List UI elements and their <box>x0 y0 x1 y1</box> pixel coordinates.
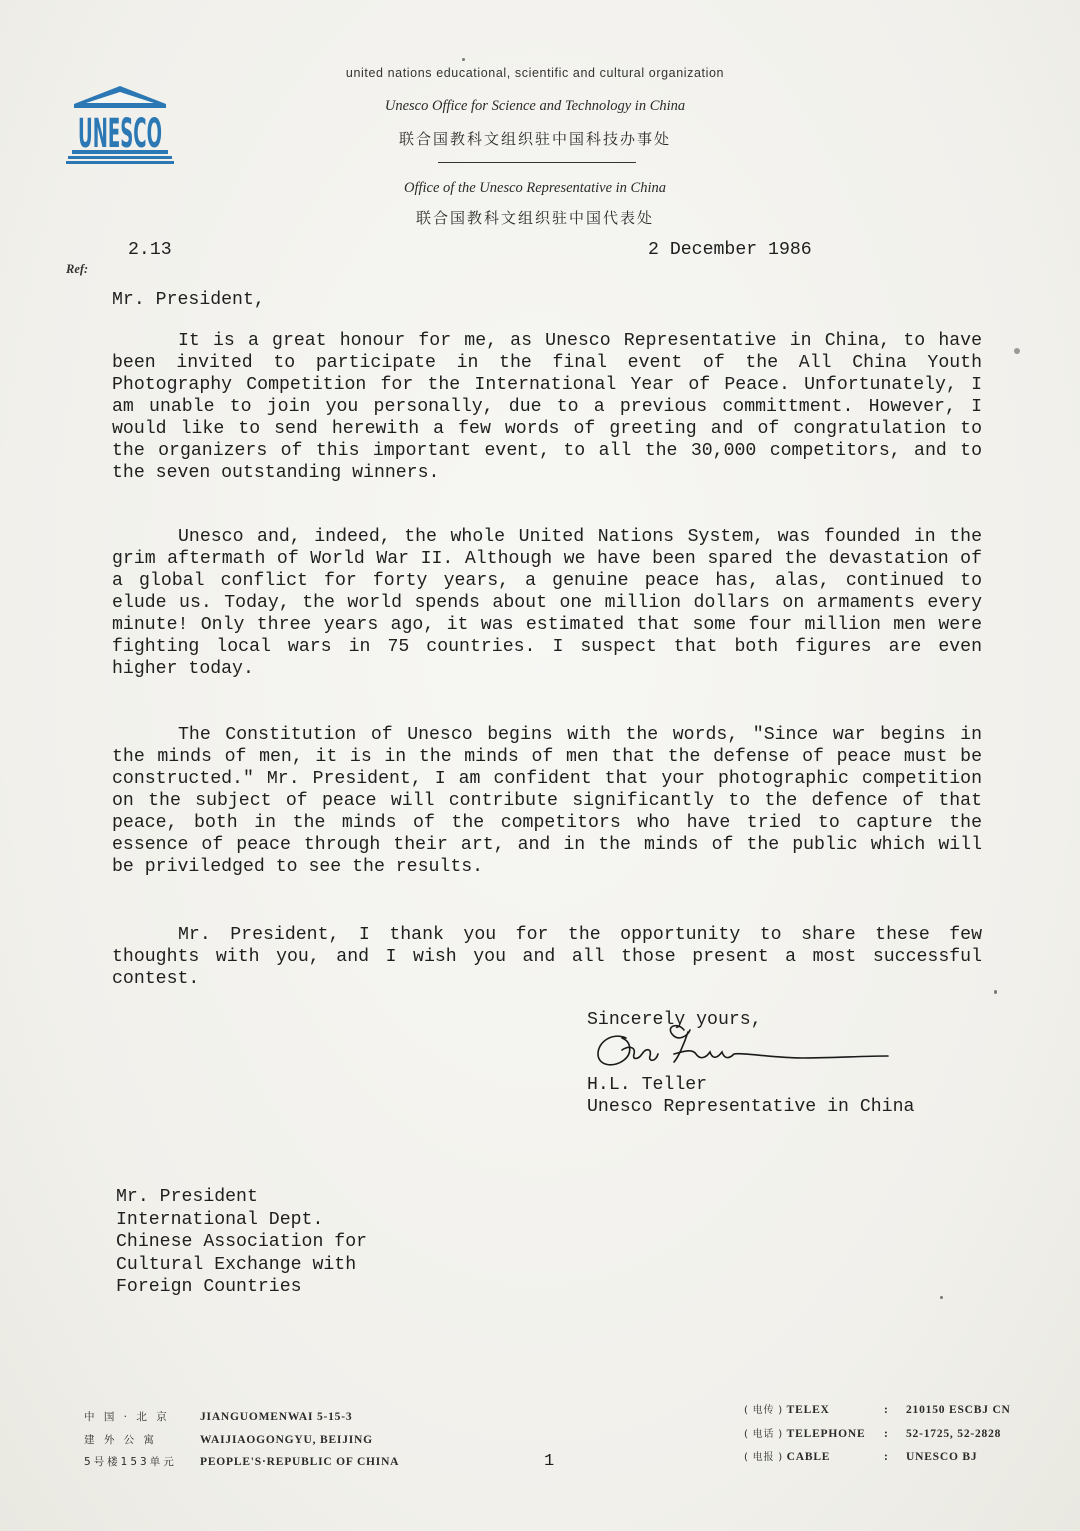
contact-cable: ( 电报 ) CABLE : UNESCO BJ <box>744 1446 1011 1470</box>
office-rep-zh: 联合国教科文组织驻中国代表处 <box>290 207 780 228</box>
signer-title: Unesco Representative in China <box>587 1097 914 1117</box>
recipient-line: Mr. President <box>116 1186 367 1209</box>
paragraph-1: It is a great honour for me, as Unesco R… <box>112 330 982 484</box>
ref-number: 2.13 <box>128 240 172 260</box>
signer-name: H.L. Teller <box>587 1075 707 1095</box>
paper-speck <box>940 1296 943 1299</box>
paragraph-2: Unesco and, indeed, the whole United Nat… <box>112 526 982 680</box>
footer-address-en: JIANGUOMENWAI 5-15-3 WAIJIAOGONGYU, BEIJ… <box>200 1406 399 1474</box>
salutation: Mr. President, <box>112 290 265 310</box>
office-science-zh: 联合国教科文组织驻中国科技办事处 <box>290 128 780 149</box>
ref-label: Ref: <box>66 262 88 277</box>
letter-page: UNESCO united nations educational, scien… <box>0 0 1080 1531</box>
office-science-en: Unesco Office for Science and Technology… <box>290 98 780 115</box>
unesco-logo-icon: UNESCO <box>66 84 174 166</box>
organization-name: united nations educational, scientific a… <box>290 66 780 80</box>
paper-speck <box>462 58 465 61</box>
header-divider <box>438 162 636 163</box>
paragraph-4: Mr. President, I thank you for the oppor… <box>112 924 982 990</box>
contact-telex: ( 电传 ) TELEX : 210150 ESCBJ CN <box>744 1399 1011 1423</box>
paper-speck <box>994 990 997 994</box>
paragraph-3: The Constitution of Unesco begins with t… <box>112 724 982 878</box>
office-rep-en: Office of the Unesco Representative in C… <box>290 180 780 197</box>
footer-address-zh: 中 国 · 北 京 建 外 公 寓 5号楼153单元 <box>84 1406 177 1474</box>
recipient-line: Foreign Countries <box>116 1276 367 1299</box>
recipient-line: Chinese Association for <box>116 1231 367 1254</box>
paper-speck <box>1014 348 1020 354</box>
recipient-address: Mr. President International Dept. Chines… <box>116 1186 367 1299</box>
footer-contacts: ( 电传 ) TELEX : 210150 ESCBJ CN ( 电话 ) TE… <box>744 1399 1011 1470</box>
letter-date: 2 December 1986 <box>648 240 812 260</box>
recipient-line: Cultural Exchange with <box>116 1254 367 1277</box>
recipient-line: International Dept. <box>116 1209 367 1232</box>
contact-telephone: ( 电话 ) TELEPHONE : 52-1725, 52-2828 <box>744 1423 1011 1447</box>
page-number: 1 <box>544 1452 554 1471</box>
handwritten-signature <box>592 1024 892 1076</box>
